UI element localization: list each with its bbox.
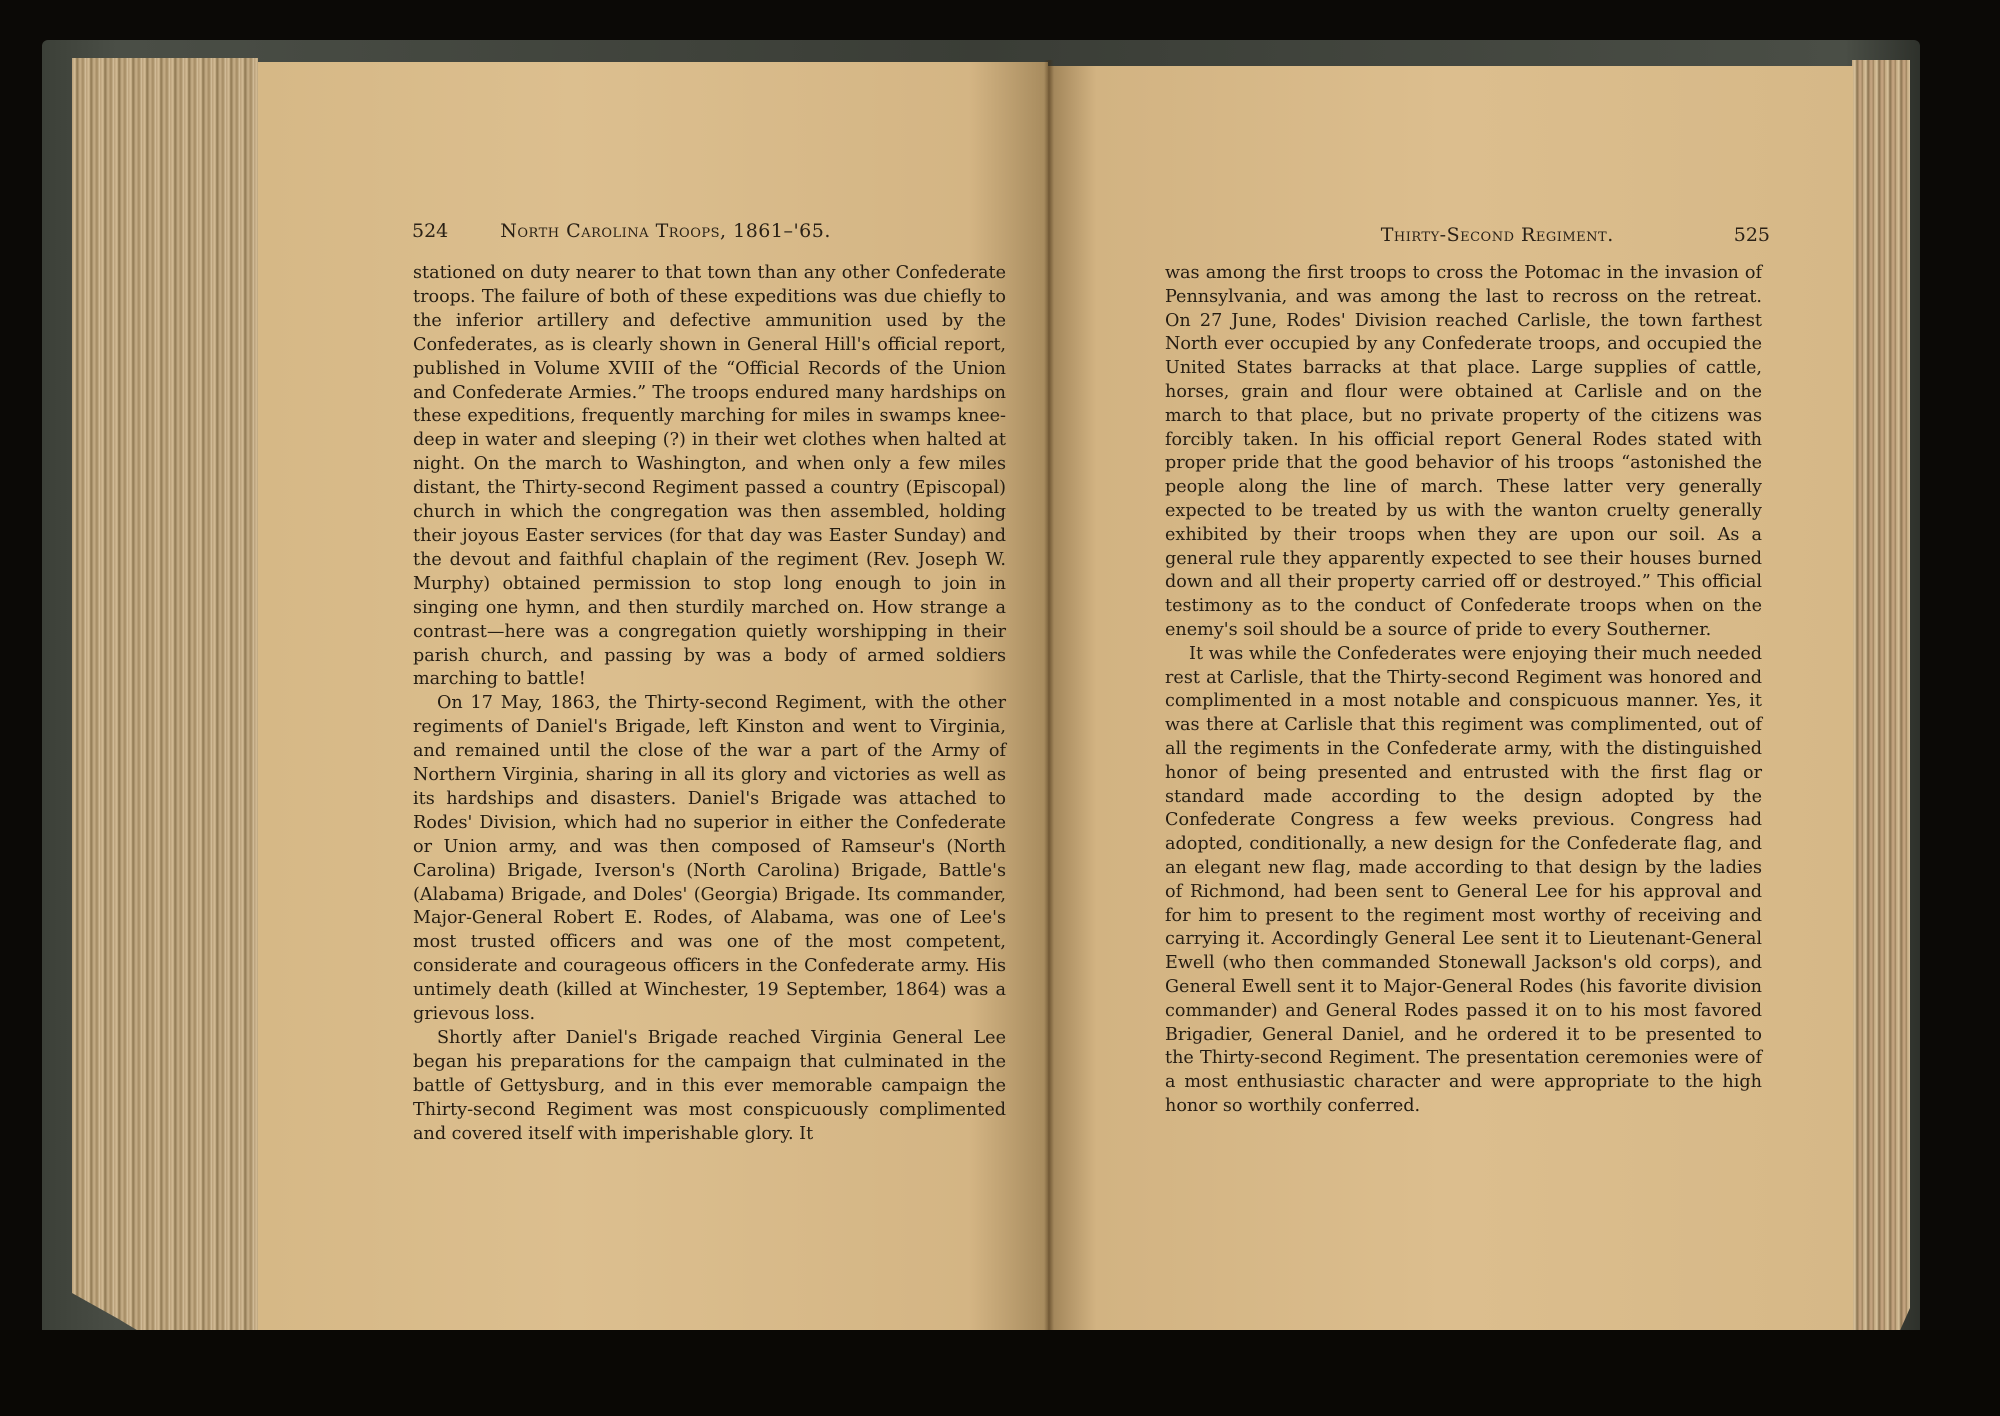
paragraph: Shortly after Daniel's Brigade reached V… <box>413 1027 1006 1147</box>
right-page: Thirty-Second Regiment. 525 was among th… <box>1048 66 1853 1386</box>
page-edges-left <box>72 58 258 1358</box>
background-shadow <box>0 1330 2000 1416</box>
right-body-text: was among the first troops to cross the … <box>1165 262 1762 1119</box>
left-running-head: 524 North Carolina Troops, 1861–'65. <box>412 220 1002 242</box>
running-head-title-right: Thirty-Second Regiment. <box>1381 224 1614 246</box>
paragraph: It was while the Confederates were enjoy… <box>1165 643 1762 1119</box>
page-number-left: 524 <box>412 220 448 242</box>
page-number-right: 525 <box>1734 224 1770 246</box>
paragraph: On 17 May, 1863, the Thirty-second Regim… <box>413 692 1006 1027</box>
paragraph: was among the first troops to cross the … <box>1165 262 1762 643</box>
book-gutter <box>1044 60 1054 1380</box>
left-body-text: stationed on duty nearer to that town th… <box>413 262 1006 1147</box>
running-head-title-left: North Carolina Troops, 1861–'65. <box>500 220 831 242</box>
page-edges-right <box>1852 60 1910 1360</box>
left-page: 524 North Carolina Troops, 1861–'65. sta… <box>258 62 1048 1382</box>
paragraph: stationed on duty nearer to that town th… <box>413 262 1006 692</box>
right-running-head: Thirty-Second Regiment. 525 <box>1130 224 1770 246</box>
